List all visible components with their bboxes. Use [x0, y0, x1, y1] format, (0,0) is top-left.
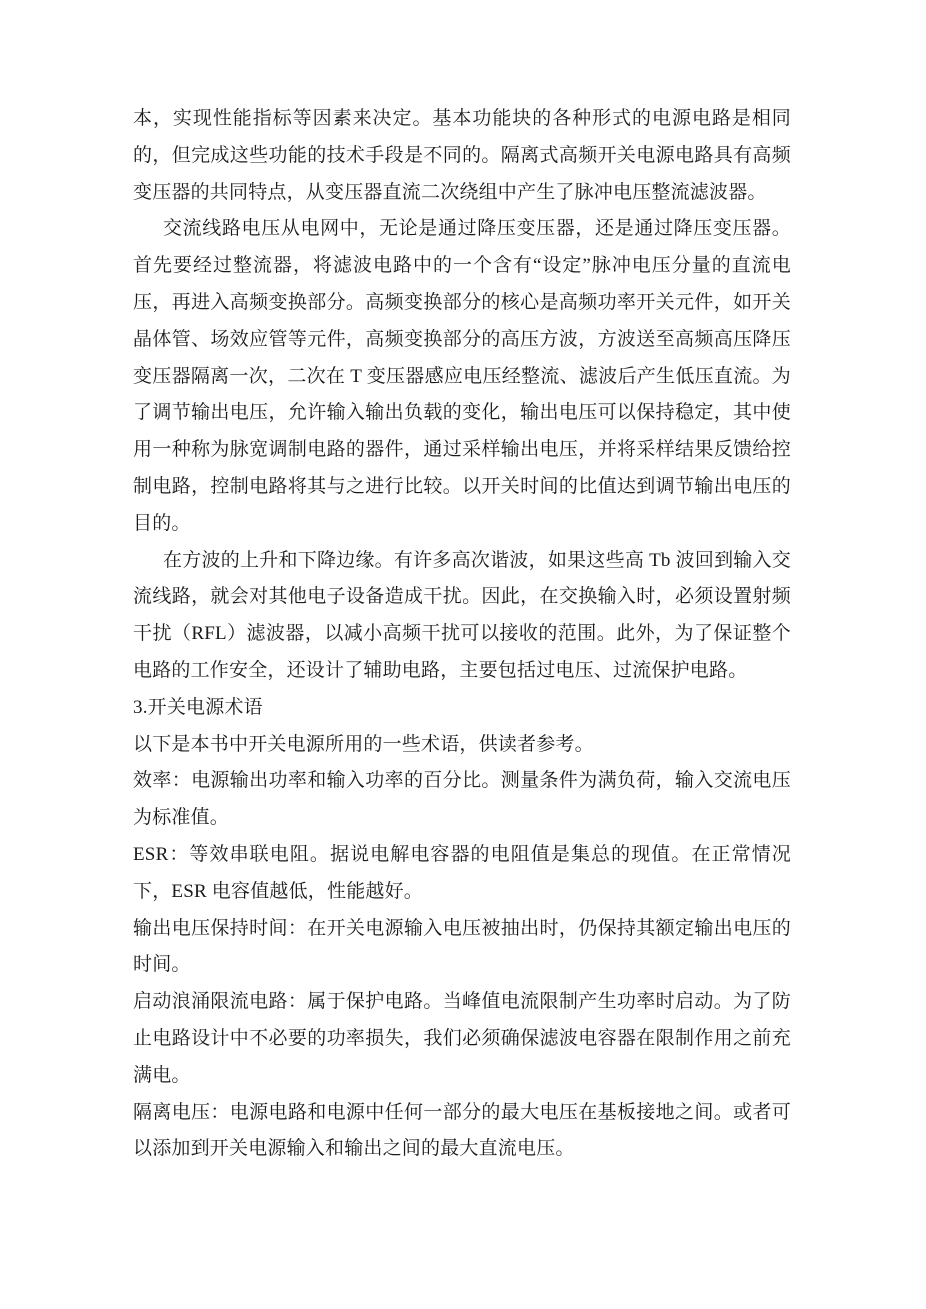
paragraph: 隔离电压：电源电路和电源中任何一部分的最大电压在基板接地之间。或者可以添加到开关…	[133, 1095, 791, 1169]
paragraph: 输出电压保持时间：在开关电源输入电压被抽出时，仍保持其额定输出电压的时间。	[133, 911, 791, 985]
paragraph: 在方波的上升和下降边缘。有许多高次谐波，如果这些高 Tb 波回到输入交流线路，就…	[133, 543, 791, 690]
paragraph: 以下是本书中开关电源所用的一些术语，供读者参考。	[133, 727, 791, 764]
paragraph: ESR：等效串联电阻。据说电解电容器的电阻值是集总的现值。在正常情况下，ESR …	[133, 837, 791, 911]
paragraph: 本，实现性能指标等因素来决定。基本功能块的各种形式的电源电路是相同的，但完成这些…	[133, 101, 791, 211]
paragraph: 效率：电源输出功率和输入功率的百分比。测量条件为满负荷，输入交流电压为标准值。	[133, 763, 791, 837]
section-heading: 3.开关电源术语	[133, 690, 791, 727]
paragraph: 启动浪涌限流电路：属于保护电路。当峰值电流限制产生功率时启动。为了防止电路设计中…	[133, 984, 791, 1094]
document-content: 本，实现性能指标等因素来决定。基本功能块的各种形式的电源电路是相同的，但完成这些…	[133, 101, 791, 1168]
document-page: 本，实现性能指标等因素来决定。基本功能块的各种形式的电源电路是相同的，但完成这些…	[0, 0, 926, 1309]
paragraph: 交流线路电压从电网中，无论是通过降压变压器，还是通过降压变压器。首先要经过整流器…	[133, 211, 791, 542]
